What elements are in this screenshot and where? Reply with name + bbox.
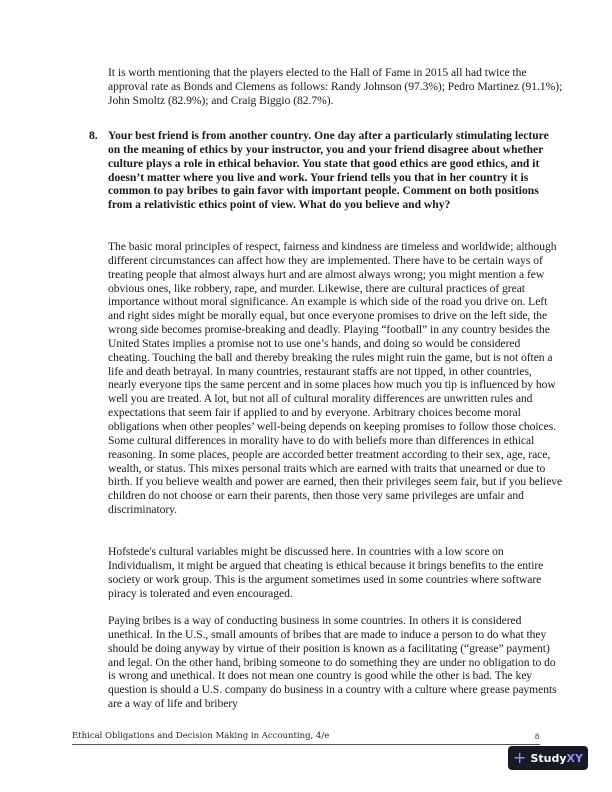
answer-paragraph-3: Paying bribes is a way of conducting bus…: [108, 614, 563, 711]
badge-brand-primary: Study: [530, 752, 566, 765]
studyxy-badge[interactable]: + StudyXY: [508, 746, 588, 770]
badge-brand: StudyXY: [530, 752, 583, 765]
footer-book-title: Ethical Obligations and Decision Making …: [72, 731, 329, 742]
answer-paragraph-2: Hofstede's cultural variables might be d…: [108, 545, 563, 600]
intro-paragraph: It is worth mentioning that the players …: [108, 66, 563, 108]
footer-page-number: 8: [535, 731, 539, 742]
question-number: 8.: [89, 129, 98, 143]
footer-divider: [72, 744, 540, 745]
answer-paragraph-1: The basic moral principles of respect, f…: [108, 240, 563, 517]
question-text: Your best friend is from another country…: [108, 129, 563, 212]
plus-icon: +: [513, 750, 526, 766]
badge-brand-accent: XY: [567, 752, 583, 765]
document-page: It is worth mentioning that the players …: [0, 0, 612, 792]
